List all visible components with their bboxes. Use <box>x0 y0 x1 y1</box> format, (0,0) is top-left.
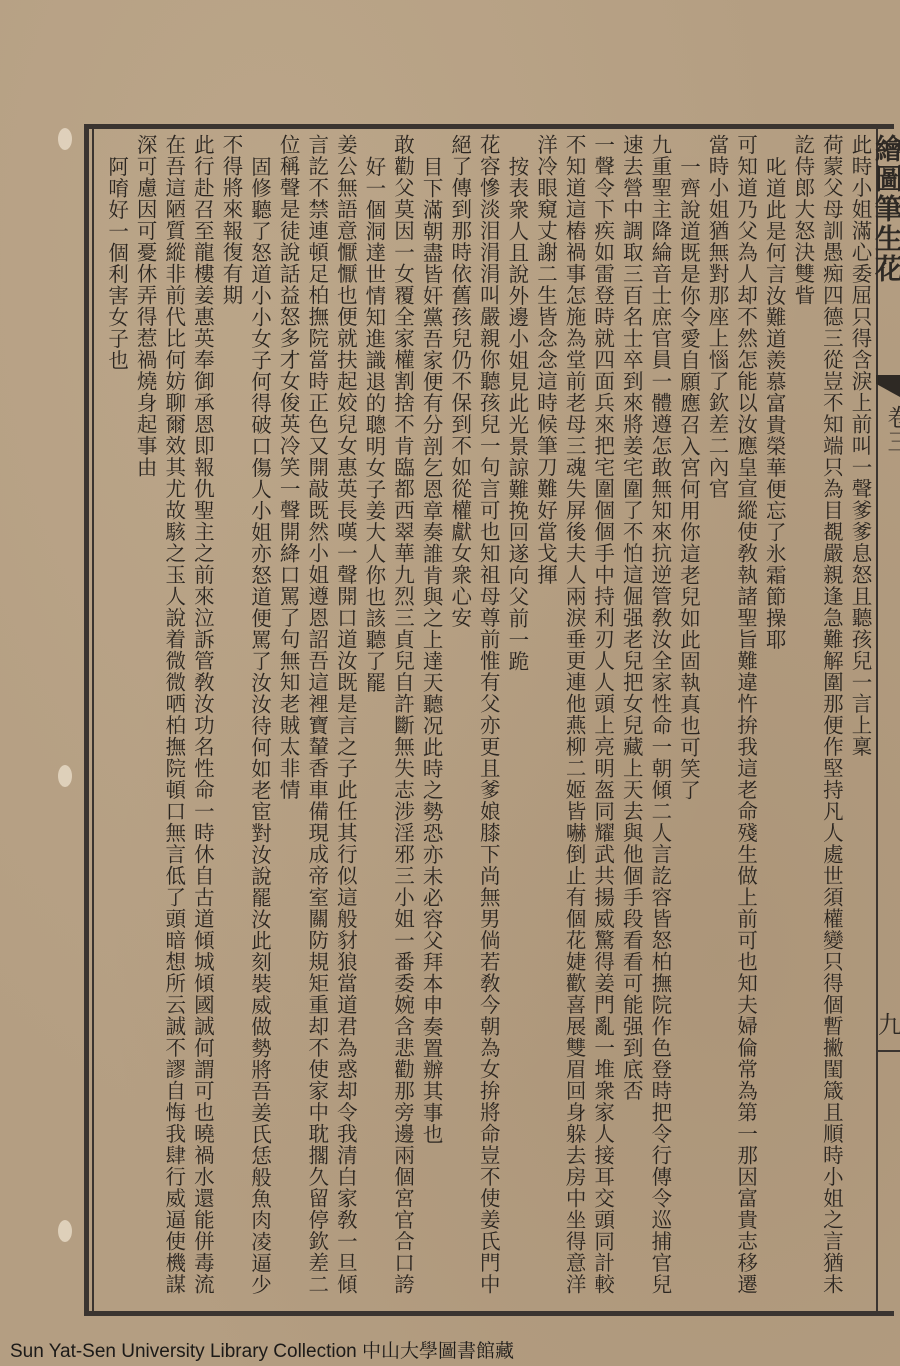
main-text-body: 此時小姐滿心委屈只得含淚上前叫一聲爹爹息怒且聽孩兒一言上稟 荷蒙父母訓愚痴四德三… <box>104 134 874 1306</box>
text-column: 此行赴召至龍樓姜惠英奉御承恩即報仇聖主之前來泣訴管敎汝功名性命一時休自古道傾城傾… <box>188 134 217 1306</box>
binding-hole <box>58 765 72 787</box>
page-number: 九 <box>878 1005 900 1040</box>
text-column: 訖侍郎大怒決雙眥 <box>788 134 817 1306</box>
book-title: 繪圖筆生花 <box>880 134 900 284</box>
text-column: 按表衆人且說外邊小姐見此光景諒難挽回遂向父前一跪 <box>502 134 531 1306</box>
volume-label: 卷三 <box>880 405 900 453</box>
inner-border-line <box>92 129 94 1311</box>
text-column: 不知道這樁禍事怎施為堂前老母三魂失屏後夫人兩淚垂更連他燕柳二姬皆嚇倒止有個花婕歡… <box>559 134 588 1306</box>
binding-hole <box>58 128 72 150</box>
text-column: 姜公無語意懨懨也便就扶起姣兒女惠英長嘆一聲開口道汝既是言之子此任其行似這般豺狼當… <box>331 134 360 1306</box>
text-column: 位稱聲是徒說話益怒多才女俊英冷笑一聲開絳口罵了句無知老賊太非情 <box>274 134 303 1306</box>
text-column: 洋冷眼窺丈謝二生皆念念這時候筆刀難好當戈揮 <box>531 134 560 1306</box>
text-column: 叱道此是何言汝難道羨慕富貴榮華便忘了氷霜節操耶 <box>760 134 789 1306</box>
text-column: 花容慘淡泪涓涓叫嚴親你聽孩兒一句言可也知祖母尊前惟有父亦更且爹娘膝下尚無男倘若敎… <box>474 134 503 1306</box>
book-margin-column <box>876 129 900 1311</box>
text-column: 速去營中調取三百名士卒到來將姜宅圍了不怕這倔强老兒把女兒藏上天去與他個手段看看可… <box>617 134 646 1306</box>
text-column: 九重聖主降綸音士庶官員一體遵怎敢無知來抗逆管敎汝全家性命一朝傾二人言訖容皆怒柏撫… <box>645 134 674 1306</box>
collection-credit: Sun Yat-Sen University Library Collectio… <box>10 1336 514 1363</box>
text-column: 當時小姐猶無對那座上惱了欽差二內官 <box>702 134 731 1306</box>
text-column: 言訖不禁連頓足柏撫院當時正色又開敲既然小姐遵恩詔吾這裡寶輦香車備現成帝室關防規矩… <box>302 134 331 1306</box>
text-column: 在吾這陋質縱非前代比何妨聊爾效其尤故駭之玉人說着微微哂柏撫院頓口無言低了頭暗想所… <box>159 134 188 1306</box>
text-column: 可知道乃父為人却不然怎能以汝應皇宣縱使敎執諸聖旨難違忤拚我這老命殘生做上前可也知… <box>731 134 760 1306</box>
page-number-divider <box>876 1050 900 1052</box>
text-column: 敢勸父莫因一女覆全家權割捨不肯臨都西翠華九烈三貞兒自許斷無失志涉淫邪三小姐一番委… <box>388 134 417 1306</box>
text-column: 不得將來報復有期 <box>216 134 245 1306</box>
text-column: 一齊說道既是你令愛自願應召入宮何用你這老兒如此固執真也可笑了 <box>674 134 703 1306</box>
text-column: 一聲令下疾如雷登時就四面兵來把宅圍個個手中持利刃人人頭上亮明盔同耀武共揚威驚得姜… <box>588 134 617 1306</box>
binding-hole <box>58 1220 72 1242</box>
text-column: 絕了傳到那時依舊孩兒仍不保到不如從權獻女衆心安 <box>445 134 474 1306</box>
text-column: 固修聽了怒道小小女子何得破口傷人小姐亦怒道便罵了汝汝待何如老宦對汝說罷汝此刻裝威… <box>245 134 274 1306</box>
text-column: 深可慮因可憂休弄得惹禍燒身起事由 <box>131 134 160 1306</box>
text-column: 荷蒙父母訓愚痴四德三從豈不知端只為目覩嚴親逢急難解圍那便作堅持凡人處世須權變只得… <box>817 134 846 1306</box>
text-column: 目下滿朝盡皆奸黨吾家便有分剖乞恩章奏誰肯與之上達天聽况此時之勢恐亦未必容父拜本申… <box>417 134 446 1306</box>
text-column: 此時小姐滿心委屈只得含淚上前叫一聲爹爹息怒且聽孩兒一言上稟 <box>845 134 874 1306</box>
text-column: 好一個洞達世情知進識退的聰明女子姜大人你也該聽了罷 <box>359 134 388 1306</box>
text-column: 阿唷好一個利害女子也 <box>104 134 131 1306</box>
